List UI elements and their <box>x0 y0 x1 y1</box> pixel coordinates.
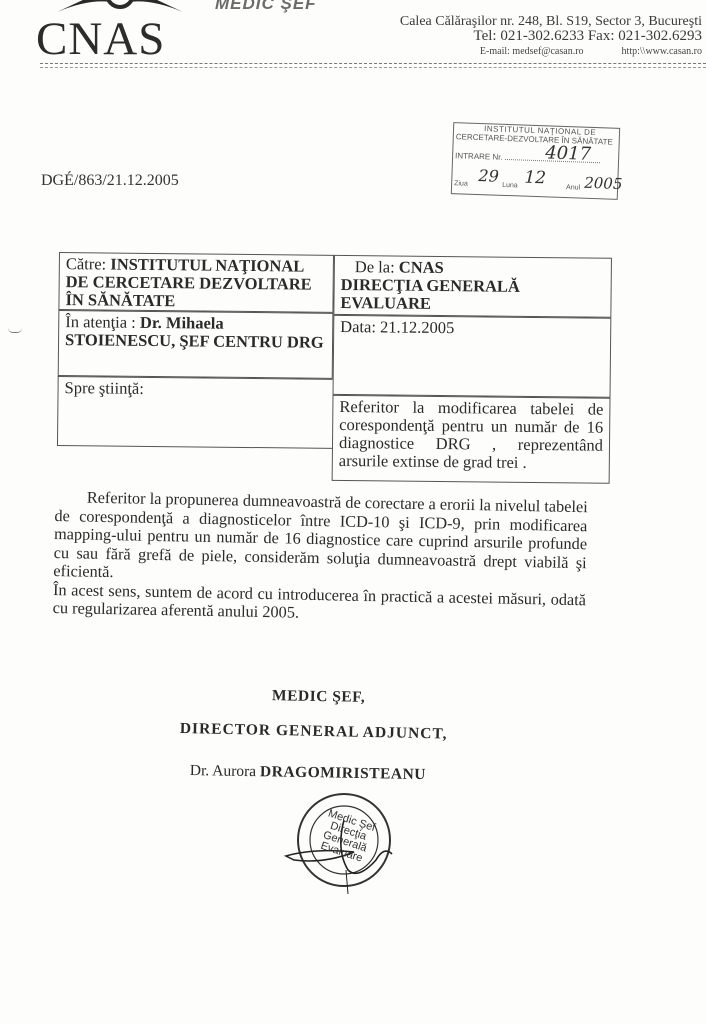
letterhead-address: Calea Călăraşilor nr. 248, Bl. S19, Sect… <box>400 14 702 59</box>
stamp-month-label: Luna <box>502 182 518 190</box>
attention-cell: În atenţia : Dr. Mihaela STOIENESCU, ŞEF… <box>58 310 334 379</box>
cnas-logo-text: CNAS <box>36 12 165 66</box>
cc-cell: Spre ştiinţă: <box>57 376 333 449</box>
date-value: 21.12.2005 <box>380 317 454 337</box>
attention-label: În atenţia : <box>65 312 136 332</box>
cc-label: Spre ştiinţă: <box>64 378 143 398</box>
letterhead-divider <box>40 63 706 68</box>
recipient-label: Către: <box>66 254 107 273</box>
scan-artifact-mark <box>8 328 22 333</box>
subject-text: Referitor la modificarea tabelei de core… <box>339 397 604 455</box>
date-label: Data: <box>340 317 376 336</box>
stamp-year-label: Anul <box>566 184 580 191</box>
sender-department: DIRECŢIA GENERALĂ EVALUARE <box>340 275 520 313</box>
stamp-day-label: Ziua <box>454 180 468 187</box>
signatory-name-prefix: Dr. Aurora <box>190 762 257 780</box>
email-text: E-mail: medsef@casan.ro <box>480 46 584 57</box>
signatory-surname: DRAGOMIRISTEANU <box>260 763 426 783</box>
address-line: Calea Călăraşilor nr. 248, Bl. S19, Sect… <box>400 14 702 29</box>
signatory-title-1: MEDIC ŞEF, <box>272 687 365 707</box>
sender-org: CNAS <box>399 258 444 277</box>
subject-cell: Referitor la modificarea tabelei de core… <box>332 395 611 484</box>
registration-number: DGÉ/863/21.12.2005 <box>41 172 179 190</box>
memo-header-table: Către: INSTITUTUL NAŢIONAL DE CERCETARE … <box>57 252 612 482</box>
website-text: http:\\www.casan.ro <box>622 46 702 57</box>
signatory-title-2: DIRECTOR GENERAL ADJUNCT, <box>180 720 448 744</box>
letter-body: Referitor la propunerea dumneavoastră de… <box>53 488 588 628</box>
phone-fax-line: Tel: 021-302.6233 Fax: 021-302.6293 <box>400 29 702 44</box>
scanned-letter-page: CNAS MEDIC ŞEF Calea Călăraşilor nr. 248… <box>0 0 706 1024</box>
signatory-name: Dr. Aurora DRAGOMIRISTEANU <box>190 762 426 784</box>
contact-line: E-mail: medsef@casan.rohttp:\\www.casan.… <box>400 44 702 59</box>
subject-text-end: arsurile extinse de grad trei . <box>339 452 603 473</box>
office-title: MEDIC ŞEF <box>215 0 317 14</box>
sender-cell: De la: CNAS DIRECŢIA GENERALĂ EVALUARE <box>333 255 612 318</box>
stamp-entry-number: 4017 <box>545 142 592 165</box>
recipient-cell: Către: INSTITUTUL NAŢIONAL DE CERCETARE … <box>58 252 334 313</box>
body-paragraph-1: Referitor la propunerea dumneavoastră de… <box>53 488 588 591</box>
stamp-entry-label: INTRARE Nr. <box>455 151 503 162</box>
sender-label: De la: <box>341 257 395 277</box>
date-cell: Data: 21.12.2005 <box>333 315 612 398</box>
received-stamp: INSTITUTUL NAŢIONAL DE CERCETARE-DEZVOLT… <box>451 122 620 200</box>
